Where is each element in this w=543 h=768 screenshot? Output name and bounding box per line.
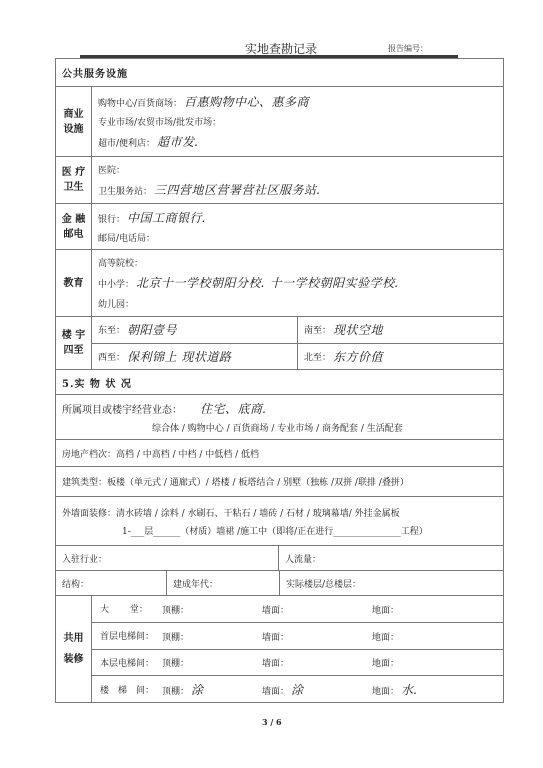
university-field[interactable]: 高等院校：	[98, 256, 497, 269]
ceiling-field[interactable]: 顶棚：	[162, 655, 262, 669]
section-title: 5.实 物 状 况	[62, 375, 132, 390]
ceiling-field[interactable]: 顶棚：涂	[162, 681, 262, 698]
floor-field[interactable]: 地面：	[372, 629, 503, 643]
shopping-center-field[interactable]: 购物中心/百货商场：百惠购物中心、惠多商	[98, 93, 497, 110]
west-boundary-field[interactable]: 西至：保利锦上 现状道路	[92, 344, 298, 370]
floor-field[interactable]: 地面：水.	[372, 681, 503, 698]
business-type-row: 所属项目或楼宇经营业态：住宅、底商. 综合体 / 购物中心 / 百货商场 / 专…	[56, 395, 503, 440]
hospital-field[interactable]: 医院：	[98, 163, 497, 176]
education-label: 教育	[56, 250, 92, 316]
floors-field[interactable]: 实际楼层/总楼层：	[280, 571, 503, 595]
section-physical-status: 5.实 物 状 况	[56, 370, 503, 395]
industry-row: 入驻行业： 人流量：	[56, 546, 503, 571]
grade-field[interactable]: 房地产档次：高档 / 中高档 / 中档 / 中低档 / 低档	[62, 447, 497, 460]
deco-row-lobby: 大 堂： 顶棚： 墙面： 地面：	[92, 596, 503, 623]
building-type-row: 建筑类型：板楼（单元式 / 通廊式）/ 塔楼 / 板塔结合 / 别墅（独栋 /双…	[56, 467, 503, 497]
south-boundary-field[interactable]: 南至：现状空地	[298, 317, 503, 343]
wall-field[interactable]: 墙面：	[262, 629, 372, 643]
education-row: 教育 高等院校： 中小学：北京十一学校朝阳分校. 十一学校朝阳实验学校. 幼儿园…	[56, 250, 503, 317]
report-number-label: 报告编号：	[388, 43, 428, 54]
school-field[interactable]: 中小学：北京十一学校朝阳分校. 十一学校朝阳实验学校.	[98, 274, 497, 291]
deco-row-floor-elevator: 本层电梯间： 顶棚： 墙面： 地面：	[92, 650, 503, 677]
floor-field[interactable]: 地面：	[372, 602, 503, 616]
finance-row: 金 融邮电 银行：中国工商银行. 邮局/电话局：	[56, 204, 503, 250]
survey-form: 公共服务设施 商业设施 购物中心/百货商场：百惠购物中心、惠多商 专业市场/农贸…	[55, 58, 504, 703]
commercial-label: 商业设施	[56, 87, 92, 156]
ceiling-field[interactable]: 顶棚：	[162, 629, 262, 643]
building-type-field[interactable]: 建筑类型：板楼（单元式 / 通廊式）/ 塔楼 / 板塔结合 / 别墅（独栋 /双…	[62, 475, 497, 488]
structure-row: 结构： 建成年代： 实际楼层/总楼层：	[56, 571, 503, 596]
boundaries-label: 楼 宇四至	[56, 317, 92, 369]
exterior-row: 外墙面装修：清水砖墙 / 涂料 / 水刷石、干粘石 / 墙砖 / 石材 / 玻璃…	[56, 497, 503, 546]
wall-field[interactable]: 墙面：	[262, 655, 372, 669]
exterior-detail-line[interactable]: 1-___层______（材质）墙裙 /施工中（即将/正在进行_________…	[62, 524, 497, 537]
commercial-facilities-row: 商业设施 购物中心/百货商场：百惠购物中心、惠多商 专业市场/农贸市场/批发市场…	[56, 87, 503, 157]
finance-label: 金 融邮电	[56, 204, 92, 249]
grade-row: 房地产档次：高档 / 中高档 / 中档 / 中低档 / 低档	[56, 440, 503, 467]
section-public-services: 公共服务设施	[56, 59, 503, 87]
market-field[interactable]: 专业市场/农贸市场/批发市场：	[98, 115, 497, 128]
medical-label: 医 疗卫生	[56, 157, 92, 203]
post-office-field[interactable]: 邮局/电话局：	[98, 231, 497, 244]
shared-decoration-label: 共用装修	[56, 596, 92, 702]
health-station-field[interactable]: 卫生服务站：三四营地区营署营社区服务站.	[98, 181, 497, 198]
deco-row-stairwell: 楼 梯 间： 顶棚：涂 墙面：涂 地面：水.	[92, 676, 503, 702]
structure-field[interactable]: 结构：	[56, 571, 167, 595]
industry-field[interactable]: 入驻行业：	[56, 546, 279, 570]
shared-decoration-row: 共用装修 大 堂： 顶棚： 墙面： 地面： 首层电梯间： 顶棚： 墙面： 地面：…	[56, 596, 503, 703]
kindergarten-field[interactable]: 幼儿园：	[98, 297, 497, 310]
medical-row: 医 疗卫生 医院： 卫生服务站：三四营地区营署营社区服务站.	[56, 157, 503, 204]
floor-field[interactable]: 地面：	[372, 655, 503, 669]
traffic-field[interactable]: 人流量：	[279, 546, 503, 570]
supermarket-field[interactable]: 超市/便利店：超市发.	[98, 133, 497, 150]
bank-field[interactable]: 银行：中国工商银行.	[98, 209, 497, 226]
page-number: 3 / 6	[262, 717, 282, 727]
east-boundary-field[interactable]: 东至：朝阳壹号	[92, 317, 298, 343]
wall-field[interactable]: 墙面：涂	[262, 681, 372, 698]
ceiling-field[interactable]: 顶棚：	[162, 602, 262, 616]
section-title: 公共服务设施	[62, 65, 128, 80]
deco-row-ground-elevator: 首层电梯间： 顶棚： 墙面： 地面：	[92, 623, 503, 650]
north-boundary-field[interactable]: 北至：东方价值	[298, 344, 503, 370]
business-type-field[interactable]: 所属项目或楼宇经营业态：住宅、底商.	[62, 400, 497, 417]
exterior-field[interactable]: 外墙面装修：清水砖墙 / 涂料 / 水刷石、干粘石 / 墙砖 / 石材 / 玻璃…	[62, 506, 497, 519]
wall-field[interactable]: 墙面：	[262, 602, 372, 616]
boundaries-row: 楼 宇四至 东至：朝阳壹号 南至：现状空地 西至：保利锦上 现状道路 北至：东方…	[56, 317, 503, 370]
built-year-field[interactable]: 建成年代：	[167, 571, 280, 595]
business-type-options[interactable]: 综合体 / 购物中心 / 百货商场 / 专业市场 / 商务配套 / 生活配套	[62, 421, 497, 434]
